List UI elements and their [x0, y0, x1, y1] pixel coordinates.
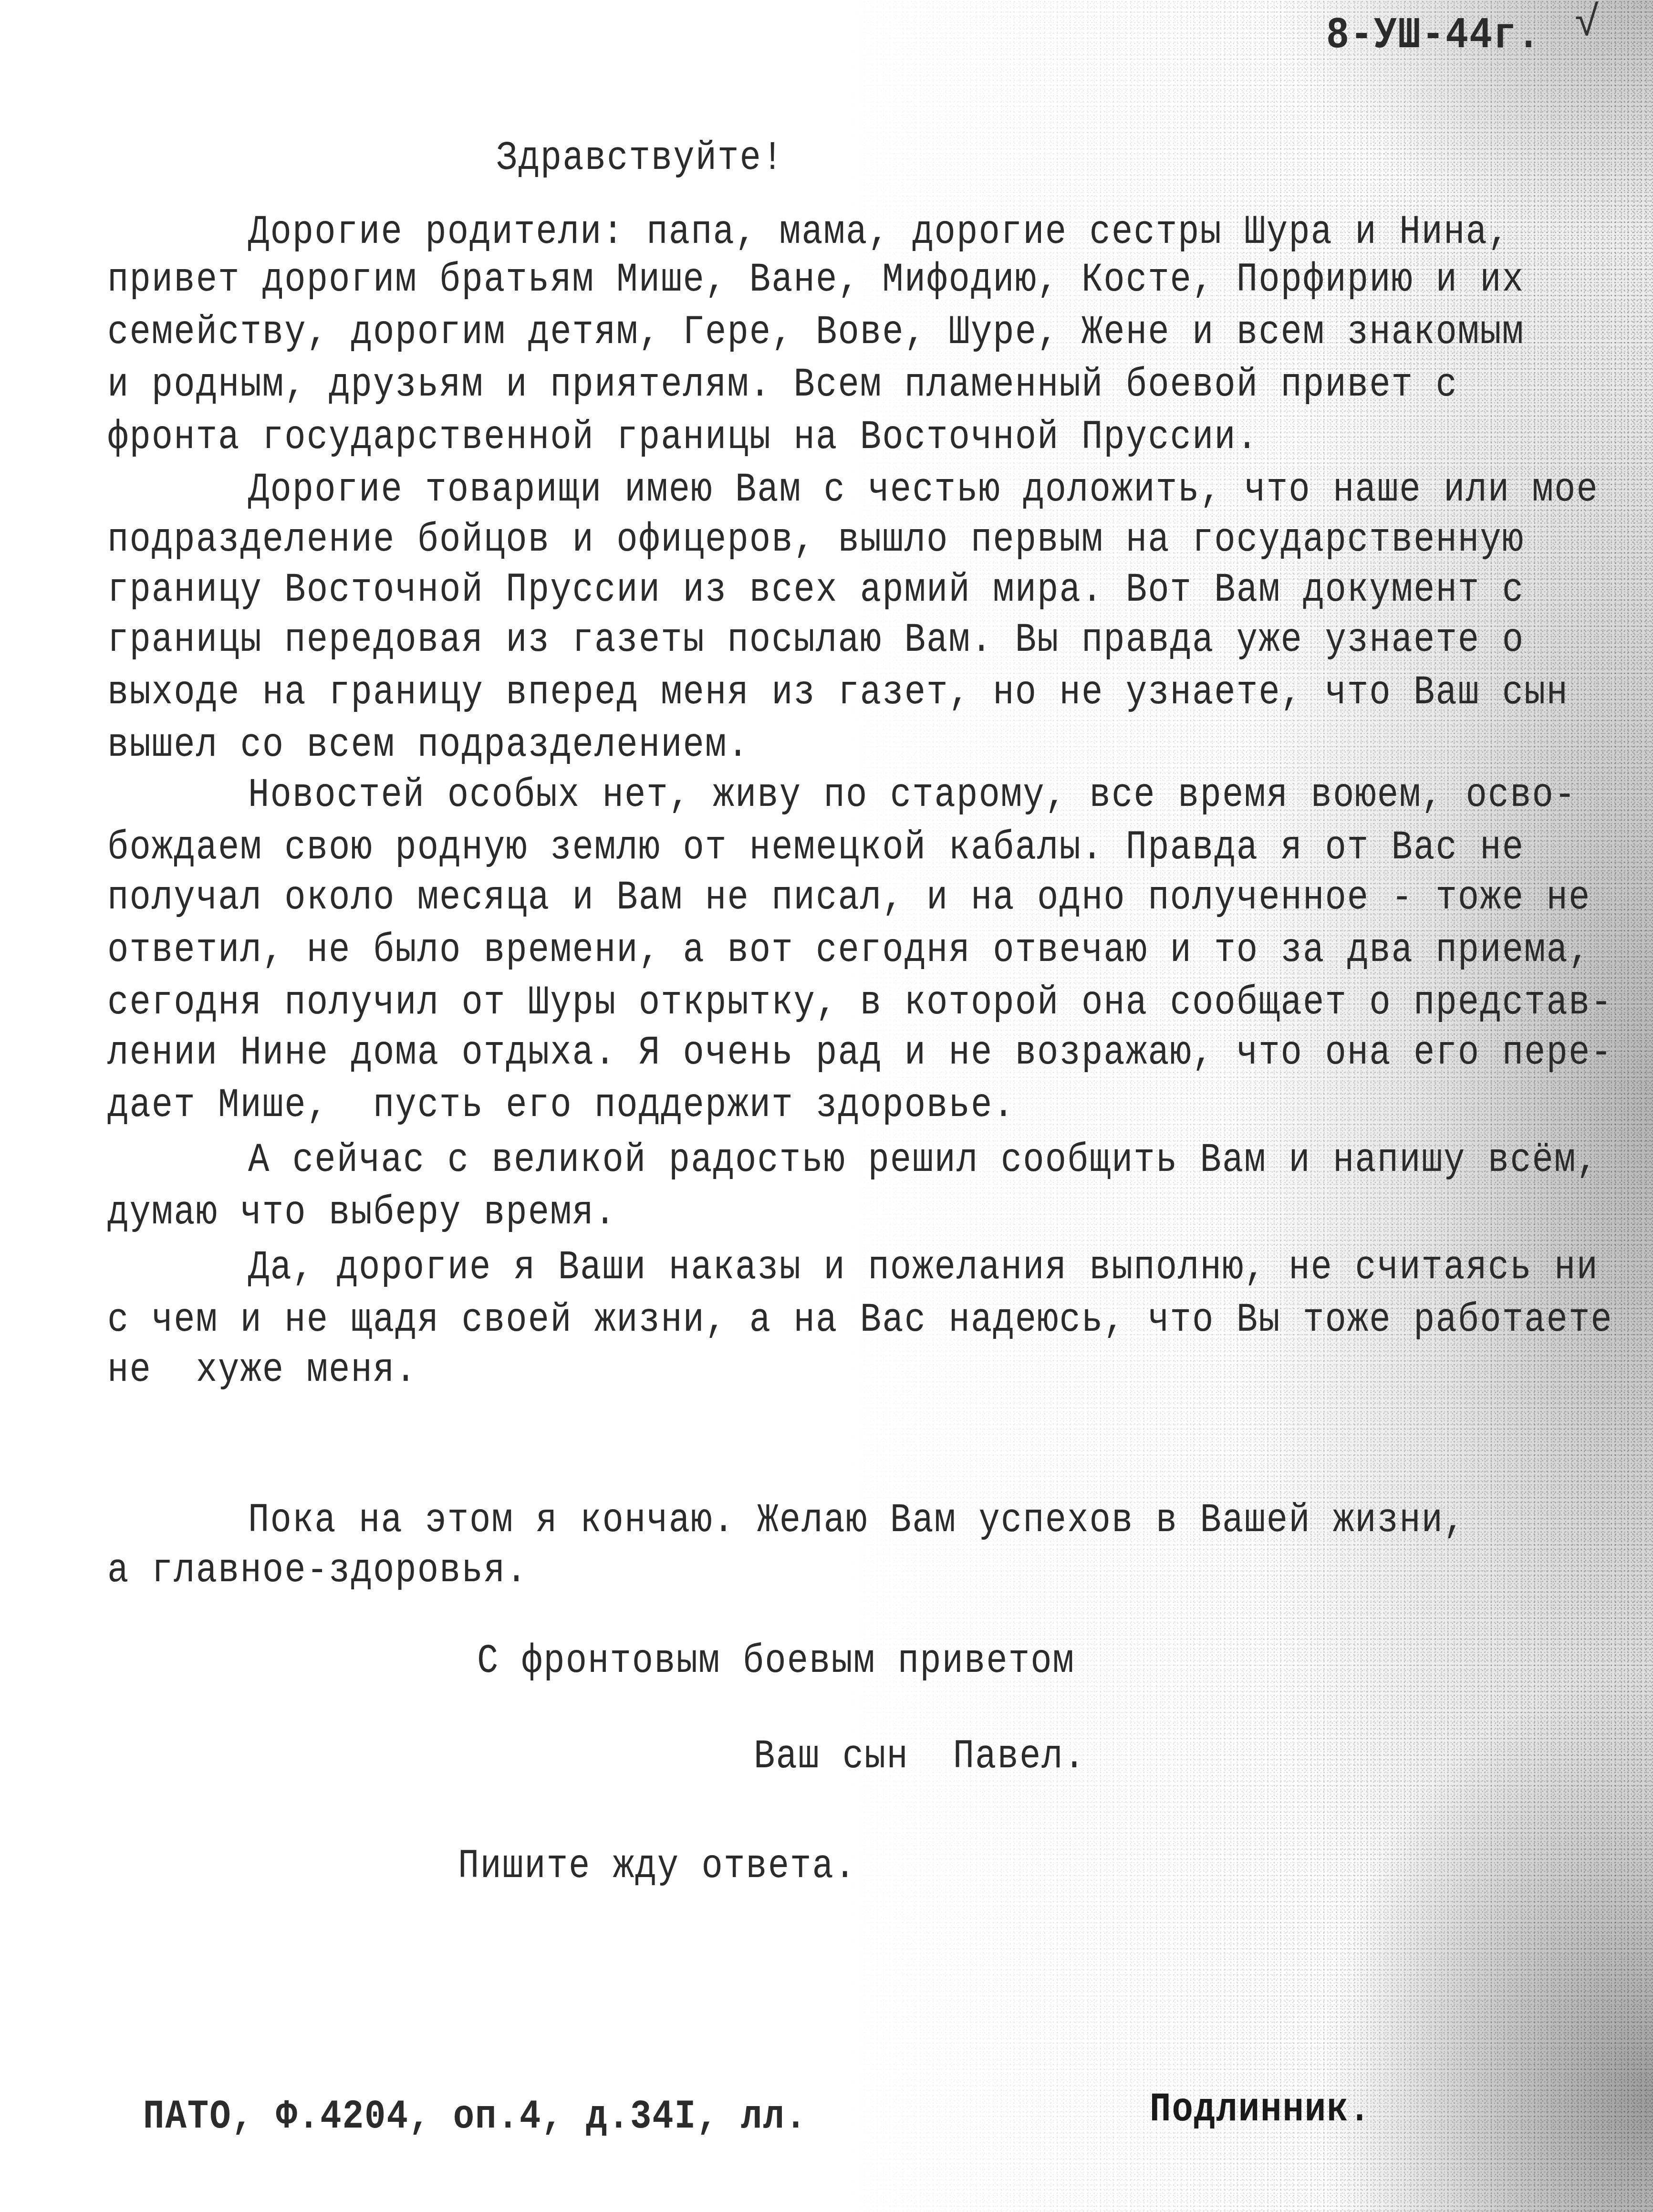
letter-line: семейству, дорогим детям, Гере, Вове, Шу…: [107, 313, 1524, 353]
letter-line: границу Восточной Пруссии из всех армий …: [107, 570, 1524, 611]
closing-line: С фронтовым боевым приветом: [477, 1641, 1075, 1682]
letter-line: лении Нине дома отдыха. Я очень рад и не…: [107, 1033, 1613, 1074]
letter-line: Да, дорогие я Ваши наказы и пожелания вы…: [248, 1248, 1599, 1288]
letter-line: с чем и не щадя своей жизни, а на Вас на…: [107, 1300, 1613, 1341]
letter-line: и родным, друзьям и приятелям. Всем плам…: [107, 365, 1458, 406]
letter-line: подразделение бойцов и офицеров, вышло п…: [107, 520, 1524, 561]
letter-line: вышел со всем подразделением.: [107, 725, 749, 766]
letter-line: а главное-здоровья.: [107, 1551, 528, 1591]
letter-line: ответил, не было времени, а вот сегодня …: [107, 930, 1591, 971]
letter-line: сегодня получил от Шуры открытку, в кото…: [107, 983, 1613, 1023]
letter-line: думаю что выберу время.: [107, 1193, 616, 1233]
authenticity-stamp: Подлинник.: [1150, 2090, 1371, 2130]
signature: Ваш сын Павел.: [754, 1737, 1086, 1777]
checkmark-icon: √: [1574, 0, 1600, 49]
letter-line: выходе на границу вперед меня из газет, …: [107, 673, 1569, 713]
letter-line: получал около месяца и Вам не писал, и н…: [107, 878, 1591, 918]
letter-line: дает Мише, пусть его поддержит здоровье.: [107, 1085, 1015, 1126]
letter-date: 8-УШ-44г.: [1326, 14, 1541, 58]
greeting-heading: Здравствуйте!: [496, 138, 784, 179]
letter-line: границы передовая из газеты посылаю Вам.…: [107, 620, 1524, 661]
letter-line: Дорогие товарищи имею Вам с честью долож…: [248, 470, 1599, 511]
postscript: Пишите жду ответа.: [458, 1847, 856, 1887]
letter-line: привет дорогим братьям Мише, Ване, Мифод…: [107, 260, 1524, 301]
letter-line: Пока на этом я кончаю. Желаю Вам успехов…: [248, 1501, 1466, 1541]
letter-line: Дорогие родители: папа, мама, дорогие се…: [248, 212, 1510, 253]
letter-line: Новостей особых нет, живу по старому, вс…: [248, 775, 1576, 816]
archive-reference: ПАТО, Ф.4204, оп.4, д.34I, лл.: [143, 2097, 807, 2138]
letter-line: фронта государственной границы на Восточ…: [107, 417, 1258, 458]
letter-line: А сейчас с великой радостью решил сообщи…: [248, 1140, 1599, 1181]
letter-line: не хуже меня.: [107, 1350, 417, 1391]
letter-line: бождаем свою родную землю от немецкой ка…: [107, 828, 1524, 868]
